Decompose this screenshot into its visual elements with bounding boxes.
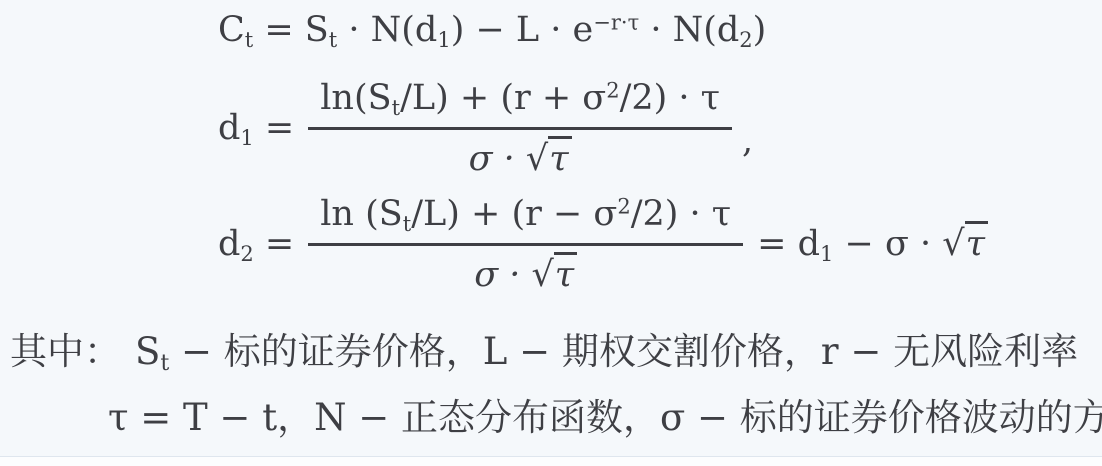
d1-trailing-comma: ,: [742, 121, 753, 161]
legend-line2-text: τ = T − t，N − 正态分布函数，σ − 标的证券价格波动的方差: [108, 396, 1102, 439]
formula-call-price: Ct = St · N(d1) − L · e−r·τ · N(d2): [218, 10, 766, 50]
d1-num-subscript: t: [392, 96, 400, 120]
sigma-dot: σ ·: [474, 255, 531, 295]
d2-symbol: d: [218, 224, 240, 264]
discount-exponent: −r·τ: [593, 10, 639, 34]
formula-document: Ct = St · N(d1) − L · e−r·τ · N(d2) d1 =…: [0, 0, 1102, 466]
bottom-strip: [0, 457, 1102, 466]
d2-num-mid: /L) + (r − σ: [411, 194, 617, 234]
sigma-squared-exponent: 2: [617, 194, 630, 218]
formula-d2: d2 = ln (St/L) + (r − σ2/2) · τ σ · √τ =…: [218, 192, 988, 296]
legend-line-2: τ = T − t，N − 正态分布函数，σ − 标的证券价格波动的方差: [108, 396, 1102, 440]
sigma-dot: σ ·: [469, 139, 526, 179]
close-paren: ): [753, 10, 767, 50]
d2-rhs-d1-subscript: 1: [820, 242, 833, 266]
d1-num-ln: ln(S: [320, 78, 391, 118]
minus-strike-exp: ) − L · e: [451, 10, 594, 50]
legend-where-label: 其中：: [10, 330, 121, 373]
sqrt-radical: √: [531, 255, 553, 295]
sqrt-radical: √: [942, 224, 964, 264]
d1-lhs: d1 =: [218, 108, 294, 148]
d2-equals: =: [254, 224, 294, 264]
d1-fraction: ln(St/L) + (r + σ2/2) · τ σ · √τ: [308, 76, 732, 180]
normal-cdf-d1-open: · N(d: [337, 10, 437, 50]
legend-line-1: 其中：St − 标的证券价格，L − 期权交割价格，r − 无风险利率: [10, 330, 1078, 374]
call-price-symbol-subscript: t: [245, 28, 253, 52]
d1-symbol: d: [218, 108, 240, 148]
d1-numerator: ln(St/L) + (r + σ2/2) · τ: [308, 76, 732, 130]
d2-num-subscript: t: [403, 212, 411, 236]
legend-spot-symbol: S: [135, 330, 160, 373]
d2-fraction: ln (St/L) + (r − σ2/2) · τ σ · √τ: [308, 192, 743, 296]
d2-denominator: σ · √τ: [474, 246, 577, 295]
legend-line1-text: − 标的证券价格，L − 期权交割价格，r − 无风险利率: [169, 330, 1078, 373]
legend-spot-subscript: t: [160, 350, 169, 376]
d2-num-ln: ln (S: [320, 194, 403, 234]
d2-symbol-subscript: 2: [240, 242, 253, 266]
spot-price-subscript: t: [329, 28, 337, 52]
d2-rhs-equals-d1: = d: [757, 224, 820, 264]
d1-num-mid: /L) + (r + σ: [400, 78, 606, 118]
sqrt-argument: τ: [965, 221, 988, 264]
sqrt-argument: τ: [548, 136, 571, 179]
d2-num-tail: /2) · τ: [631, 194, 731, 234]
d1-denominator: σ · √τ: [469, 130, 572, 179]
d1-equals: =: [254, 108, 294, 148]
d2-rhs-minus-sigma: − σ ·: [833, 224, 942, 264]
normal-cdf-d2-open: · N(d: [639, 10, 739, 50]
d2-rhs: = d1 − σ · √τ: [757, 224, 988, 264]
formula-d1: d1 = ln(St/L) + (r + σ2/2) · τ σ · √τ ,: [218, 76, 753, 180]
d2-numerator: ln (St/L) + (r − σ2/2) · τ: [308, 192, 743, 246]
sigma-squared-exponent: 2: [606, 78, 619, 102]
sqrt-argument: τ: [554, 252, 577, 295]
call-price-symbol: C: [218, 10, 245, 50]
d2-subscript: 2: [739, 28, 752, 52]
d2-lhs: d2 =: [218, 224, 294, 264]
d1-num-tail: /2) · τ: [620, 78, 720, 118]
d1-subscript: 1: [437, 28, 450, 52]
sqrt-radical: √: [526, 139, 548, 179]
call-price-equals-spot: = S: [253, 10, 329, 50]
d1-symbol-subscript: 1: [240, 126, 253, 150]
